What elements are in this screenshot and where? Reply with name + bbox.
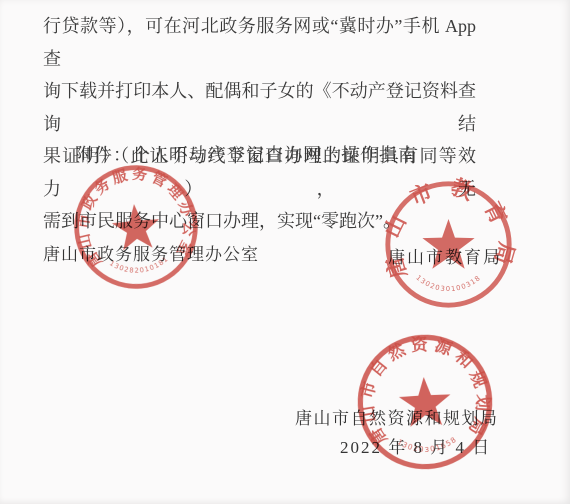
paragraph-line: 行贷款等），可在河北政务服务网或“冀时办”手机 App 查 [43, 10, 476, 75]
star-icon [398, 376, 452, 428]
official-seal-education-bureau: 唐山市教育局 1302030100318 [380, 176, 517, 313]
seal-graphic: 唐山市教育局 1302030100318 [380, 176, 517, 313]
star-icon [422, 219, 474, 269]
official-seal-natural-resources-bureau: 唐山市自然资源和规划局 13020301658 [348, 325, 501, 478]
svg-text:13020301658: 13020301658 [395, 434, 459, 455]
star-icon [110, 202, 161, 251]
seal-graphic: 唐山市政务服务管理办公室 130282010181 [63, 154, 208, 299]
seal-serial-number: 1302030100318 [414, 274, 482, 293]
seal-serial-number: 13020301658 [395, 434, 459, 455]
seal-serial-number: 130282010181 [108, 254, 172, 277]
scanned-document-page: 行贷款等），可在河北政务服务网或“冀时办”手机 App 查 询下载并打印本人、配… [0, 0, 570, 504]
svg-text:1302030100318: 1302030100318 [414, 274, 482, 293]
paragraph-line: 询下载并打印本人、配偶和子女的《不动产登记资料查询结 [43, 75, 476, 140]
svg-text:130282010181: 130282010181 [108, 254, 172, 277]
official-seal-government-office: 唐山市政务服务管理办公室 130282010181 [63, 154, 208, 299]
seal-graphic: 唐山市自然资源和规划局 13020301658 [348, 325, 501, 478]
